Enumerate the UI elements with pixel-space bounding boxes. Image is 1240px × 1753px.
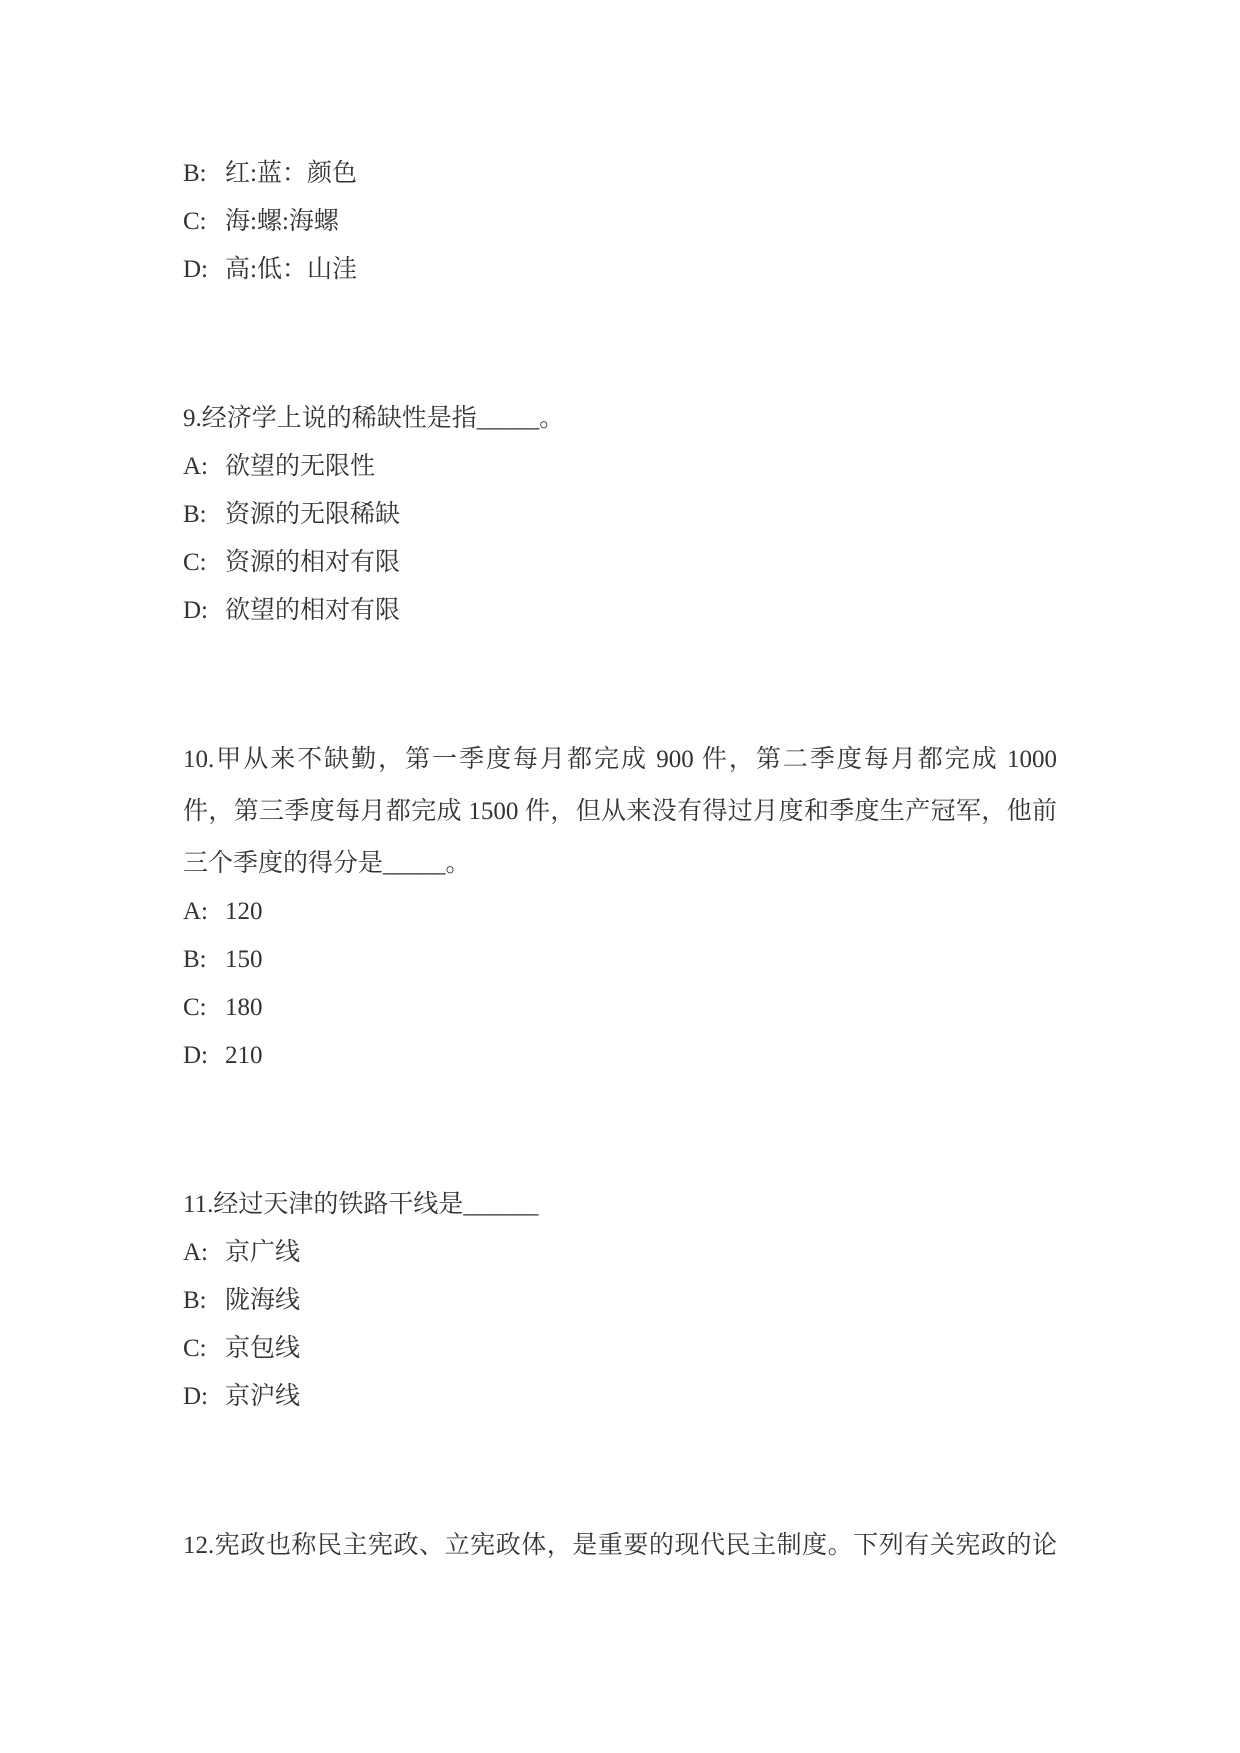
option-text: 红:蓝：颜色 [225,160,357,187]
option-text: 海:螺:海螺 [225,208,339,235]
option-row: C:京包线 [183,1331,1057,1367]
question-stem-line: 三个季度的得分是_____。 [183,846,1057,882]
option-label: A: [183,449,225,485]
question-stem-line: 件，第三季度每月都完成 1500 件，但从来没有得过月度和季度生产冠军，他前 [183,794,1057,830]
option-text: 180 [225,994,263,1021]
question-stem-line: 11.经过天津的铁路干线是______ [183,1187,1057,1223]
option-label: D: [183,1038,225,1074]
question-block: 9.经济学上说的稀缺性是指_____。A:欲望的无限性B:资源的无限稀缺C:资源… [183,401,1057,629]
question-stem-line: 10.甲从来不缺勤，第一季度每月都完成 900 件，第二季度每月都完成 1000 [183,742,1057,778]
option-text: 资源的相对有限 [225,549,400,576]
option-label: C: [183,545,225,581]
option-row: A:120 [183,894,1057,930]
option-row: D:欲望的相对有限 [183,593,1057,629]
option-label: C: [183,204,225,240]
question-stem-line: 12.宪政也称民主宪政、立宪政体，是重要的现代民主制度。下列有关宪政的论 [183,1528,1057,1564]
option-text: 京包线 [225,1335,300,1362]
option-label: A: [183,894,225,930]
option-text: 150 [225,946,263,973]
option-label: B: [183,1283,225,1319]
question-stem-line: 9.经济学上说的稀缺性是指_____。 [183,401,1057,437]
option-label: B: [183,156,225,192]
question-block: 11.经过天津的铁路干线是______A:京广线B:陇海线C:京包线D:京沪线 [183,1187,1057,1415]
option-row: C:180 [183,990,1057,1026]
option-text: 120 [225,898,263,925]
option-row: B:红:蓝：颜色 [183,156,1057,192]
option-row: D:高:低：山洼 [183,252,1057,288]
option-row: C:海:螺:海螺 [183,204,1057,240]
option-row: B:150 [183,942,1057,978]
option-row: B:陇海线 [183,1283,1057,1319]
exam-page: B:红:蓝：颜色C:海:螺:海螺D:高:低：山洼9.经济学上说的稀缺性是指___… [0,0,1240,1753]
question-list: B:红:蓝：颜色C:海:螺:海螺D:高:低：山洼9.经济学上说的稀缺性是指___… [0,0,1057,1564]
option-row: D:210 [183,1038,1057,1074]
option-text: 京沪线 [225,1383,300,1410]
option-text: 陇海线 [225,1287,300,1314]
option-row: D:京沪线 [183,1379,1057,1415]
question-block: 12.宪政也称民主宪政、立宪政体，是重要的现代民主制度。下列有关宪政的论 [183,1528,1057,1564]
option-text: 高:低：山洼 [225,256,357,283]
option-text: 欲望的无限性 [225,453,375,480]
question-block: 10.甲从来不缺勤，第一季度每月都完成 900 件，第二季度每月都完成 1000… [183,742,1057,1074]
option-row: A:京广线 [183,1235,1057,1271]
option-label: D: [183,252,225,288]
option-row: C:资源的相对有限 [183,545,1057,581]
option-label: B: [183,497,225,533]
option-label: A: [183,1235,225,1271]
option-row: A:欲望的无限性 [183,449,1057,485]
option-row: B:资源的无限稀缺 [183,497,1057,533]
option-label: B: [183,942,225,978]
option-text: 资源的无限稀缺 [225,501,400,528]
option-text: 210 [225,1042,263,1069]
option-label: D: [183,593,225,629]
option-label: C: [183,1331,225,1367]
option-text: 欲望的相对有限 [225,597,400,624]
option-label: D: [183,1379,225,1415]
option-text: 京广线 [225,1239,300,1266]
option-label: C: [183,990,225,1026]
question-block: B:红:蓝：颜色C:海:螺:海螺D:高:低：山洼 [183,156,1057,288]
